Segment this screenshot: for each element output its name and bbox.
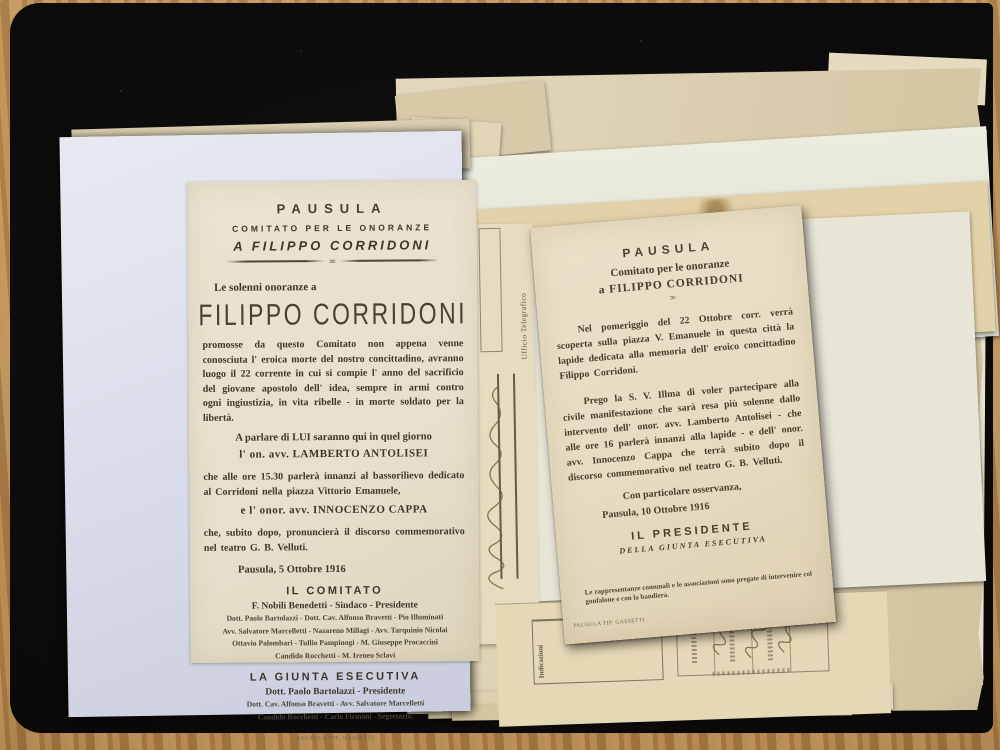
committee-member-row: Dott. Paolo Bartolazzi - Dott. Cav. Alfo…: [198, 612, 471, 624]
left-notice-town: PAUSULA: [187, 200, 476, 217]
giunta-member-row: Dott. Cav. Alfonso Bravetti - Avv. Salva…: [199, 698, 472, 710]
left-notice-paragraph: che, subito dopo, pronuncierà il discors…: [204, 525, 465, 556]
handwritten-signature: [481, 382, 520, 593]
left-notice-intro: Le solenni onoranze a: [214, 280, 477, 294]
left-notice: PAUSULA COMITATO PER LE ONORANZE A FILIP…: [187, 180, 479, 663]
giunta-heading: LA GIUNTA ESECUTIVA: [191, 670, 480, 684]
right-notice-paragraph: Prego la S. V. Illma di voler partecipar…: [561, 376, 806, 486]
committee-president: F. Nobili Benedetti - Sindaco - Presiden…: [190, 600, 479, 612]
dust-specks: [0, 0, 2, 2]
ufficio-telegrafico-label: Ufficio Telegrafico: [517, 229, 528, 359]
committee-heading: IL COMITATO: [190, 584, 479, 598]
left-notice-printer: PAUSULA TIP. GASSETTI: [223, 734, 448, 742]
right-notice-printer: PAUSULA TIP. GASSETTI: [573, 605, 782, 629]
speaker-antolisei: l' on. avv. LAMBERTO ANTOLISEI: [189, 447, 478, 461]
ornament-rule: ∞: [226, 256, 439, 265]
ornament-line: [226, 260, 325, 262]
giunta-member-row: Candido Rocchetti - Carlo Firmani - Segr…: [199, 711, 472, 723]
form-printed-box: [478, 228, 502, 352]
giunta-president: Dott. Paolo Bartolazzi - Presidente: [191, 686, 480, 698]
left-notice-paragraph: che alle ore 15.30 parlerà innanzi al ba…: [203, 469, 464, 500]
committee-member-row: Candido Rocchetti - M. Ireneo Sclavi: [199, 650, 472, 662]
left-notice-committee-line: COMITATO PER LE ONORANZE: [188, 222, 477, 234]
left-notice-paragraph: promosse da questo Comitato non appena v…: [202, 337, 464, 426]
left-notice-dateline: Pausula, 5 Ottobre 1916: [190, 563, 479, 576]
committee-member-row: Ottavio Palombari - Tullio Pampinogi - M…: [199, 637, 472, 649]
left-notice-title: FILIPPO CORRIDONI: [188, 296, 477, 333]
ornament-glyph: ∞: [325, 257, 339, 265]
right-notice-footnote: Le rappresentanze comunali e le associaz…: [584, 570, 813, 607]
committee-member-row: Avv. Salvatore Marcelletti - Nazareno Mi…: [198, 625, 471, 637]
left-notice-announce: A parlare di LUI saranno qui in quel gio…: [189, 431, 478, 444]
ornament-line: [340, 260, 439, 262]
speaker-cappa: e l' onor. avv. INNOCENZO CAPPA: [190, 503, 479, 517]
left-notice-honoree-line: A FILIPPO CORRIDONI: [188, 237, 477, 254]
right-notice: PAUSULA Comitato per le onoranze a FILIP…: [530, 205, 836, 644]
indicazioni-label: Indicazioni: [536, 624, 546, 678]
photo-of-archival-documents: Ufficio Telegrafico di recapito - Rimess…: [0, 0, 1000, 750]
right-notice-paragraph: Nel pomeriggio del 22 Ottobre corr. verr…: [555, 304, 797, 384]
